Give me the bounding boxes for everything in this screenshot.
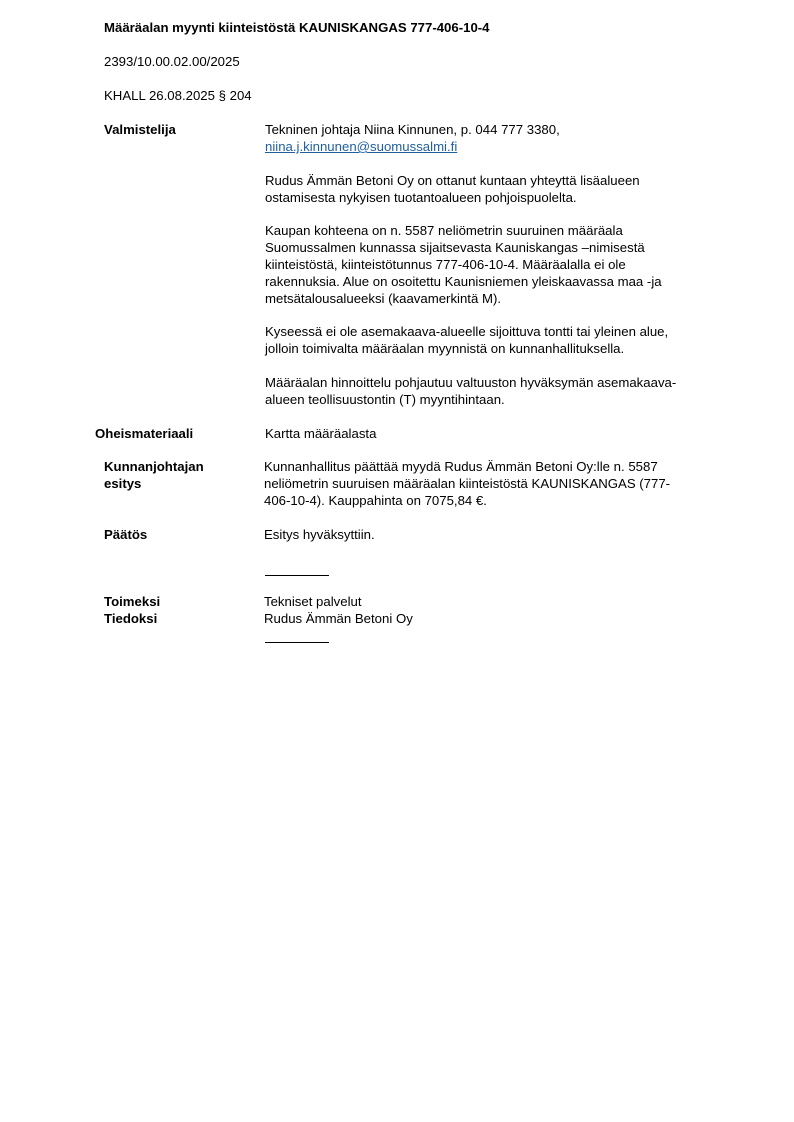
valmistelija-label: Valmistelija: [104, 121, 176, 138]
esitys-line: 406-10-4). Kauppahinta on 7075,84 €.: [264, 492, 734, 509]
paatos-value: Esitys hyväksyttiin.: [264, 526, 734, 543]
esitys-line: neliömetrin suuruisen määräalan kiinteis…: [264, 475, 734, 492]
esitys-label-line: Kunnanjohtajan: [104, 458, 204, 475]
separator-line: [265, 642, 329, 643]
esitys-label-line: esitys: [104, 475, 204, 492]
paragraph-line: alueen teollisuustontin (T) myyntihintaa…: [265, 391, 735, 408]
paragraph-line: ostamisesta nykyisen tuotantoalueen pohj…: [265, 189, 735, 206]
oheismateriaali-label: Oheismateriaali: [95, 425, 193, 442]
paragraph-line: jolloin toimivalta määräalan myynnistä o…: [265, 340, 735, 357]
paragraph-authority: Kyseessä ei ole asemakaava-alueelle sijo…: [265, 323, 735, 357]
distribution-labels: Toimeksi Tiedoksi: [104, 593, 160, 627]
paragraph-line: Rudus Ämmän Betoni Oy on ottanut kuntaan…: [265, 172, 735, 189]
paragraph-line: rakennuksia. Alue on osoitettu Kaunisnie…: [265, 273, 735, 290]
paragraph-line: kiinteistöstä, kiinteistötunnus 777-406-…: [265, 256, 735, 273]
document-title: Määräalan myynti kiinteistöstä KAUNISKAN…: [104, 19, 490, 36]
separator-line: [265, 575, 329, 576]
paatos-label: Päätös: [104, 526, 147, 543]
paragraph-pricing: Määräalan hinnoittelu pohjautuu valtuust…: [265, 374, 735, 408]
paragraph-contact: Rudus Ämmän Betoni Oy on ottanut kuntaan…: [265, 172, 735, 206]
meeting-reference: KHALL 26.08.2025 § 204: [104, 87, 252, 104]
record-number: 2393/10.00.02.00/2025: [104, 53, 240, 70]
paragraph-sale-object: Kaupan kohteena on n. 5587 neliömetrin s…: [265, 222, 735, 307]
paragraph-line: Määräalan hinnoittelu pohjautuu valtuust…: [265, 374, 735, 391]
preparer-email-link[interactable]: niina.j.kinnunen@suomussalmi.fi: [265, 139, 457, 154]
tiedoksi-label: Tiedoksi: [104, 610, 160, 627]
oheismateriaali-value: Kartta määräalasta: [265, 425, 735, 442]
esitys-line: Kunnanhallitus päättää myydä Rudus Ämmän…: [264, 458, 734, 475]
toimeksi-value: Tekniset palvelut: [264, 593, 734, 610]
paragraph-line: Suomussalmen kunnassa sijaitsevasta Kaun…: [265, 239, 735, 256]
esitys-label: Kunnanjohtajan esitys: [104, 458, 204, 492]
tiedoksi-value: Rudus Ämmän Betoni Oy: [264, 610, 734, 627]
paragraph-line: metsätalousalueeksi (kaavamerkintä M).: [265, 290, 735, 307]
valmistelija-content: Tekninen johtaja Niina Kinnunen, p. 044 …: [265, 121, 735, 155]
paragraph-line: Kyseessä ei ole asemakaava-alueelle sijo…: [265, 323, 735, 340]
toimeksi-label: Toimeksi: [104, 593, 160, 610]
distribution-values: Tekniset palvelut Rudus Ämmän Betoni Oy: [264, 593, 734, 627]
esitys-text: Kunnanhallitus päättää myydä Rudus Ämmän…: [264, 458, 734, 509]
paragraph-line: Kaupan kohteena on n. 5587 neliömetrin s…: [265, 222, 735, 239]
preparer-line: Tekninen johtaja Niina Kinnunen, p. 044 …: [265, 121, 735, 138]
